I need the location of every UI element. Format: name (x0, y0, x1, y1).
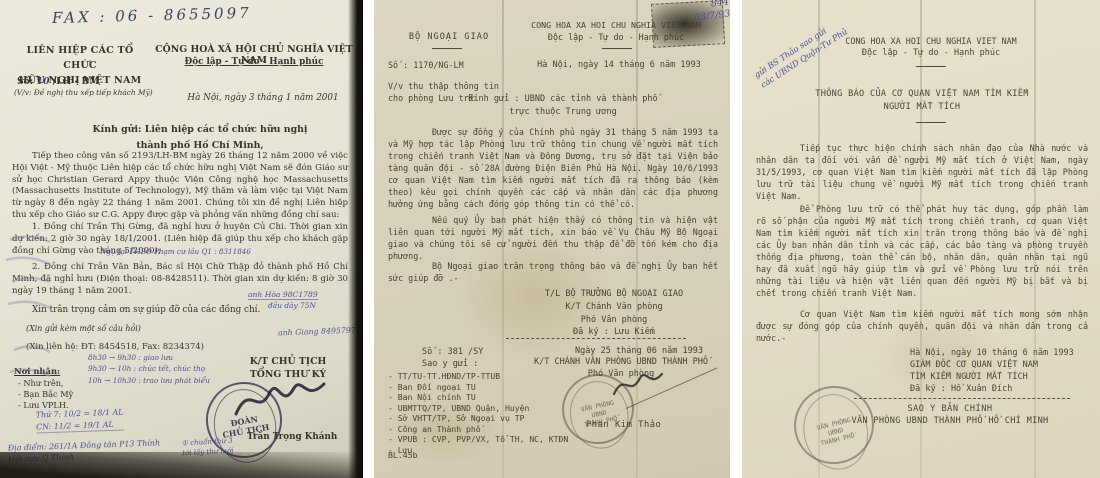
document-title: THÔNG BÁO CỦA CƠ QUAN VIỆT NAM TÌM KIẾM … (772, 88, 1072, 114)
document-left-scan: FAX : 06 - 8655097 LIÊN HIỆP CÁC TỔ CHỨC… (0, 0, 363, 478)
doc-number-handwritten: 10 (36, 76, 49, 87)
thanks-line: Xin trân trọng cảm ơn sự giúp đỡ của các… (32, 305, 260, 315)
signature-ink (232, 376, 328, 422)
body-paragraph-1: Được sự đồng ý của Chính phủ ngày 31 thá… (388, 127, 718, 210)
doc-number-prefix: Số: (17, 76, 33, 87)
scanned-documents-page: FAX : 06 - 8655097 LIÊN HIỆP CÁC TỔ CHỨC… (0, 0, 1100, 478)
place-date-line: Hà Nội, ngày 3 tháng 1 năm 2001 (168, 93, 358, 103)
fax-handwritten-note: FAX : 06 - 8655097 (52, 3, 282, 27)
copy-recipients-label: Sao y gửi : (422, 359, 478, 369)
place-date-line: Hà Nội, ngày 14 tháng 6 năm 1993 (514, 60, 724, 70)
doc-subject-line: (V/v: Đề nghị thu xếp tiếp khách Mỹ) (14, 88, 153, 97)
handwritten-calendar-note: Thứ 7: 10/2 = 18/1 AL CN: 11/2 = 19/1 AL (36, 406, 124, 433)
doc-number: Số: 10 /LH - BM (17, 76, 99, 87)
body-paragraph-1: Tiếp tục thực hiện chính sách nhân đạo c… (756, 142, 1088, 202)
salutation-block: Kính gửi : UBND các tỉnh và thành phố tr… (438, 93, 688, 119)
table-shadow-edge (0, 452, 363, 478)
salutation-block: Kính gửi: Liên hiệp các tổ chức hữu nghị… (75, 122, 325, 154)
divider-line (602, 48, 632, 49)
copy-date-line: Ngày 25 tháng 06 năm 1993 (554, 346, 724, 356)
place-date-line: Hà Nội, ngày 10 tháng 6 năm 1993 (910, 348, 1074, 358)
copy-number: Số : 381 /SY (422, 347, 483, 357)
handwritten-phone-2: đầu dây 75N (268, 301, 316, 310)
issuing-agency: BỘ NGOẠI GIAO (394, 32, 504, 42)
signer-title-block: T/L BỘ TRƯỞNG BỘ NGOẠI GIAO K/T Chánh Vă… (504, 288, 724, 339)
handwritten-phone-3: anh Giang 8495797 (278, 326, 356, 338)
ghost-ink-bleedthrough (2, 230, 62, 390)
national-motto: Độc lập - Tự do - Hạnh phúc (506, 32, 726, 42)
signer-name: Trần Trọng Khánh (247, 432, 337, 442)
scan-dark-edge (348, 0, 363, 478)
doc-number: Số : 1170/NG-LM (388, 60, 464, 70)
body-paragraph-2: Để Phòng lưu trữ có thể phát huy tác dụn… (756, 203, 1088, 299)
certification-line-1: SAO Y BẢN CHÍNH (860, 404, 1040, 414)
signature-ink (610, 368, 666, 402)
national-header: CONG HOA XA HOI CHU NGHIA VIET NAM (506, 20, 726, 30)
copy-signer-name: Phan Kim Thảo (586, 420, 661, 430)
dashed-separator (854, 398, 1070, 399)
signer-title-block: GIÁM ĐỐC CƠ QUAN VIỆT NAM TÌM KIẾM NGƯỜI… (910, 360, 1100, 396)
reference-code: BL.45b (388, 450, 418, 460)
document-right-scan: gửi BS Thảo sao gửi các UBND Quận-Tư Phủ… (742, 0, 1100, 478)
copy-recipients-list: - TT/TU-TT.HĐND/TP-TTUB - Ban Đối ngoại … (388, 371, 568, 455)
national-header: CONG HOA XA HOI CHU NGHIA VIET NAM (806, 36, 1056, 46)
official-round-stamp: VĂN PHÒNG UBND THÀNH PHỐ (786, 377, 882, 472)
national-motto: Độc lập - Tự do - Hạnh phúc (806, 48, 1056, 58)
intro-paragraph: Tiếp theo công văn số 2193/LH-BM ngày 26… (12, 151, 348, 222)
handwritten-address-note: Ngụ tại THEO Phạm cư lầu Q1 : 8311846 (100, 247, 251, 256)
national-motto: Độc lập - Tự do - Hạnh phúc (152, 57, 356, 67)
body-paragraph-3: Cơ quan Việt Nam tìm kiếm người mất tích… (756, 308, 1088, 344)
stamp-center-text: VĂN PHÒNG UBND THÀNH PHỐ (816, 415, 856, 448)
doc-number-suffix: /LH - BM (53, 76, 100, 87)
body-paragraph-2: Nếu quý Ủy ban phát hiện thấy có thông t… (388, 215, 718, 263)
divider-line (432, 48, 462, 49)
body-paragraph-3: Bộ Ngoại giao trân trọng thông báo và đề… (388, 261, 718, 285)
handwritten-phone-1: anh Hòa 98C1789 (248, 290, 318, 300)
document-middle-scan: 844 03/7/93 BỘ NGOẠI GIAO Số : 1170/NG-L… (374, 0, 730, 478)
divider-line (916, 66, 946, 67)
dashed-separator (506, 338, 686, 339)
divider-line (916, 122, 946, 123)
